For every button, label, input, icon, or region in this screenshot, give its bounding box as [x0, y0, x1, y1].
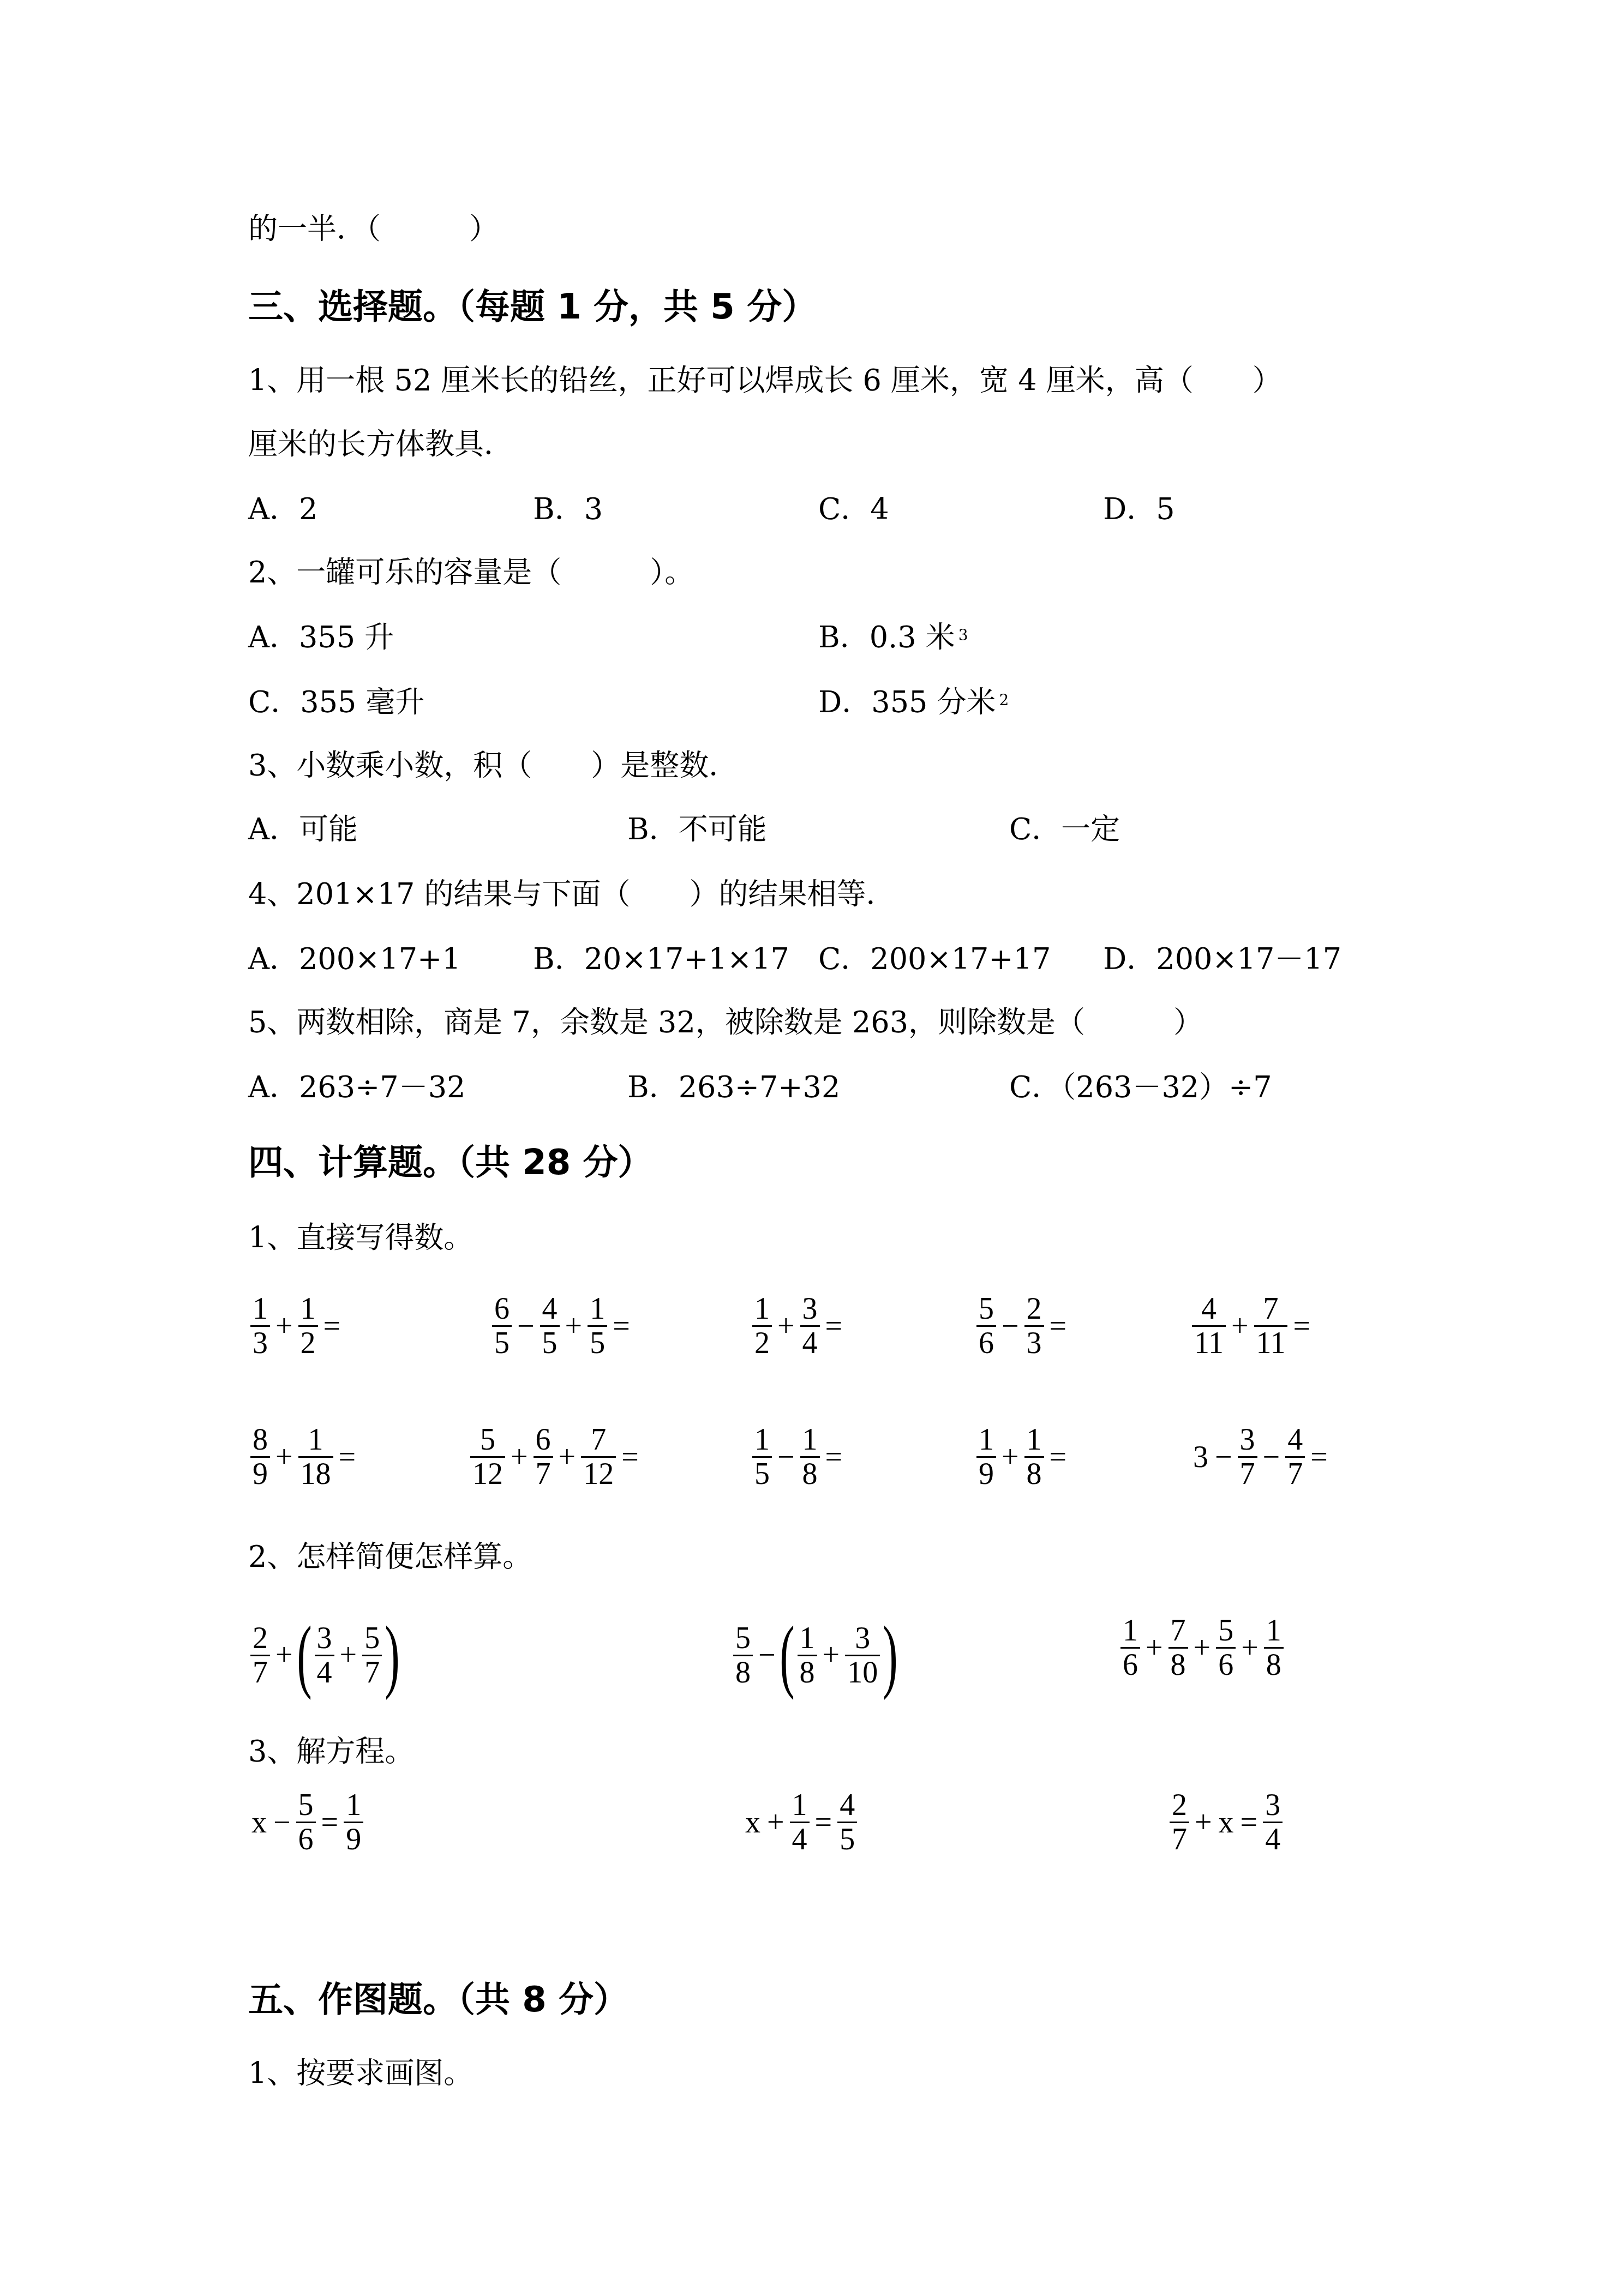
operator: −	[517, 1310, 535, 1343]
fraction: 411	[1192, 1293, 1226, 1360]
operator: =	[321, 1806, 339, 1839]
numerator: 5	[733, 1622, 753, 1655]
q2-option-d: D．355 分米2	[818, 683, 1009, 722]
section-3-heading: 三、选择题。（每题 1 分，共 5 分）	[248, 285, 817, 329]
fraction: 15	[752, 1423, 772, 1490]
denominator: 4	[790, 1823, 810, 1856]
mental-math-expression: 89+118=	[248, 1423, 359, 1490]
q1-option-c: C．4	[818, 490, 889, 528]
denominator: 7	[1238, 1458, 1257, 1490]
numerator: 1	[798, 1622, 817, 1655]
fraction: 78	[1168, 1614, 1188, 1681]
denominator: 2	[298, 1327, 318, 1360]
denominator: 8	[800, 1458, 820, 1490]
fraction: 34	[315, 1622, 334, 1689]
mental-math-expression: 19+18=	[974, 1423, 1070, 1490]
numerator: 3	[1263, 1789, 1283, 1822]
operator: =	[339, 1441, 356, 1474]
simplify-expression: 16+78+56+18	[1118, 1614, 1286, 1681]
q3-option-b: B．不可能	[627, 810, 767, 849]
denominator: 9	[250, 1458, 270, 1490]
fraction: 27	[250, 1622, 270, 1689]
operator: +	[823, 1639, 840, 1672]
right-paren: )	[385, 1614, 399, 1696]
numerator: 4	[540, 1293, 560, 1325]
q4-option-c: C．200×17+17	[818, 940, 1051, 978]
numerator: 2	[1170, 1789, 1189, 1822]
part-3-title: 3、解方程。	[248, 1733, 414, 1771]
question-2-line1: 2、一罐可乐的容量是（ ）。	[248, 554, 694, 592]
numerator: 1	[976, 1423, 996, 1456]
mental-math-expression: 15−18=	[750, 1423, 846, 1490]
denominator: 5	[492, 1327, 512, 1360]
operator: +	[767, 1806, 784, 1839]
denominator: 11	[1192, 1327, 1226, 1360]
section-5-heading: 五、作图题。（共 8 分）	[248, 1978, 628, 2022]
fraction: 512	[470, 1423, 505, 1490]
equation: x+14=45	[742, 1789, 859, 1856]
q2-option-d-text: D．355 分米	[818, 685, 996, 719]
fraction: 18	[1024, 1423, 1044, 1490]
denominator: 12	[581, 1458, 616, 1490]
operator: =	[1241, 1806, 1258, 1839]
denominator: 12	[470, 1458, 505, 1490]
operator: −	[758, 1639, 776, 1672]
numerator: 4	[1199, 1293, 1219, 1325]
part-1-title: 1、直接写得数。	[248, 1219, 473, 1257]
numerator: 1	[588, 1293, 607, 1325]
fraction: 89	[250, 1423, 270, 1490]
fraction: 65	[492, 1293, 512, 1360]
q2-option-a-text: A．355 升	[248, 620, 394, 654]
q3-option-c: C．一定	[1009, 810, 1120, 849]
denominator: 7	[534, 1458, 553, 1490]
numerator: 1	[1024, 1423, 1044, 1456]
fraction: 18	[800, 1423, 820, 1490]
mental-math-expression: 65−45+15=	[490, 1293, 633, 1360]
fraction: 47	[1285, 1423, 1305, 1490]
fraction: 57	[362, 1622, 382, 1689]
left-paren: (	[780, 1614, 794, 1696]
q5-option-b: B．263÷7+32	[627, 1068, 840, 1107]
operator: +	[275, 1310, 293, 1343]
operator: +	[275, 1441, 293, 1474]
q4-option-b: B．20×17+1×17	[533, 940, 789, 978]
question-5-line1: 5、两数相除，商是 7，余数是 32，被除数是 263，则除数是（ ）	[248, 1003, 1203, 1042]
numerator: 1	[1120, 1614, 1140, 1647]
fraction: 56	[1216, 1614, 1236, 1681]
denominator: 5	[752, 1458, 772, 1490]
q4-option-d: D．200×17－17	[1103, 940, 1341, 978]
numerator: 1	[752, 1293, 772, 1325]
left-paren: (	[297, 1614, 311, 1696]
fraction: 37	[1238, 1423, 1257, 1490]
question-3-line1: 3、小数乘小数，积（ ）是整数．	[248, 747, 738, 785]
fraction: 310	[845, 1622, 880, 1689]
operator: +	[1194, 1632, 1211, 1664]
fraction: 14	[790, 1789, 810, 1856]
operator: =	[1050, 1310, 1067, 1343]
fraction: 34	[1263, 1789, 1283, 1856]
q5-option-c: C．（263－32）÷7	[1009, 1068, 1272, 1107]
simplify-expression: 58−(18+310)	[731, 1614, 898, 1696]
denominator: 9	[344, 1823, 363, 1856]
denominator: 4	[1263, 1823, 1283, 1856]
question-1-line2: 厘米的长方体教具．	[248, 425, 513, 464]
operator: x	[251, 1806, 267, 1839]
operator: −	[1215, 1441, 1232, 1474]
numerator: 1	[344, 1789, 363, 1822]
simplify-expression: 27+(34+57)	[248, 1614, 400, 1696]
fraction: 712	[581, 1423, 616, 1490]
numerator: 4	[1285, 1423, 1305, 1456]
operator: −	[777, 1441, 795, 1474]
numerator: 5	[296, 1789, 316, 1822]
denominator: 5	[588, 1327, 607, 1360]
denominator: 6	[296, 1823, 316, 1856]
operator: =	[613, 1310, 630, 1343]
denominator: 3	[250, 1327, 270, 1360]
part-2-title: 2、怎样简便怎样算。	[248, 1538, 532, 1576]
denominator: 11	[1254, 1327, 1288, 1360]
numerator: 8	[250, 1423, 270, 1456]
denominator: 9	[976, 1458, 996, 1490]
operator: +	[1231, 1310, 1249, 1343]
numerator: 6	[534, 1423, 553, 1456]
q2-option-b-text: B．0.3 米	[818, 620, 955, 654]
operator: +	[559, 1441, 576, 1474]
operator: +	[1146, 1632, 1163, 1664]
numerator: 1	[250, 1293, 270, 1325]
fraction: 23	[1024, 1293, 1044, 1360]
q2-option-d-exponent: 2	[999, 691, 1009, 709]
q1-option-d: D．5	[1103, 490, 1175, 528]
operator: =	[1050, 1441, 1067, 1474]
section-4-heading: 四、计算题。（共 28 分）	[248, 1141, 653, 1185]
mental-math-expression: 13+12=	[248, 1293, 344, 1360]
question-1-line1: 1、用一根 52 厘米长的铅丝，正好可以焊成长 6 厘米，宽 4 厘米，高（ ）	[248, 362, 1282, 400]
denominator: 7	[362, 1656, 382, 1689]
numerator: 1	[790, 1789, 810, 1822]
numerator: 2	[250, 1622, 270, 1655]
fraction: 34	[800, 1293, 820, 1360]
denominator: 6	[976, 1327, 996, 1360]
operator: x	[1219, 1806, 1234, 1839]
q1-option-a: A．2	[248, 490, 317, 528]
operator: +	[777, 1310, 795, 1343]
operator: +	[275, 1639, 293, 1672]
operator: =	[815, 1806, 832, 1839]
operator: =	[1310, 1441, 1328, 1474]
operator: =	[825, 1441, 843, 1474]
numerator: 3	[853, 1622, 872, 1655]
mental-math-expression: 12+34=	[750, 1293, 846, 1360]
denominator: 6	[1120, 1649, 1140, 1681]
denominator: 7	[1170, 1823, 1189, 1856]
equation: x−56=19	[248, 1789, 365, 1856]
mental-math-expression: 512+67+712=	[468, 1423, 642, 1490]
numerator: 1	[800, 1423, 820, 1456]
fraction: 67	[534, 1423, 553, 1490]
operator: +	[511, 1441, 528, 1474]
numerator: 3	[315, 1622, 334, 1655]
fraction: 45	[837, 1789, 857, 1856]
numerator: 7	[1261, 1293, 1280, 1325]
q2-option-b: B．0.3 米3	[818, 618, 968, 657]
denominator: 6	[1216, 1649, 1236, 1681]
denominator: 2	[752, 1327, 772, 1360]
q1-option-b: B．3	[533, 490, 603, 528]
denominator: 5	[837, 1823, 857, 1856]
numerator: 5	[1216, 1614, 1236, 1647]
denominator: 4	[800, 1327, 820, 1360]
operator: −	[1263, 1441, 1280, 1474]
q2-option-c-text: C．355 毫升	[248, 685, 425, 719]
fraction: 45	[540, 1293, 560, 1360]
operator: =	[825, 1310, 843, 1343]
denominator: 7	[250, 1656, 270, 1689]
operator: +	[565, 1310, 583, 1343]
operator: =	[1293, 1310, 1310, 1343]
denominator: 8	[733, 1656, 753, 1689]
fraction: 56	[976, 1293, 996, 1360]
mental-math-expression: 3−37−47=	[1190, 1423, 1331, 1490]
right-paren: )	[883, 1614, 897, 1696]
section-5-question-1: 1、按要求画图。	[248, 2054, 473, 2093]
operator: =	[621, 1441, 639, 1474]
fraction: 15	[588, 1293, 607, 1360]
denominator: 3	[1024, 1327, 1044, 1360]
numerator: 7	[589, 1423, 608, 1456]
denominator: 8	[798, 1656, 817, 1689]
operator: =	[323, 1310, 341, 1343]
numerator: 7	[1168, 1614, 1188, 1647]
fraction: 58	[733, 1622, 753, 1689]
operator: +	[340, 1639, 357, 1672]
operator: +	[1241, 1632, 1259, 1664]
equation: 27+x=34	[1167, 1789, 1285, 1856]
denominator: 8	[1168, 1649, 1188, 1681]
numerator: 4	[837, 1789, 857, 1822]
fraction: 118	[298, 1423, 333, 1490]
numerator: 1	[1264, 1614, 1284, 1647]
operator: −	[273, 1806, 291, 1839]
denominator: 8	[1024, 1458, 1044, 1490]
denominator: 10	[845, 1656, 880, 1689]
operator: −	[1002, 1310, 1019, 1343]
q3-option-a: A．可能	[248, 810, 358, 849]
denominator: 7	[1285, 1458, 1305, 1490]
numerator: 2	[1024, 1293, 1044, 1325]
operator: x	[745, 1806, 760, 1839]
q2-option-b-exponent: 3	[958, 626, 968, 644]
operator: +	[1002, 1441, 1019, 1474]
fraction: 16	[1120, 1614, 1140, 1681]
q2-option-c: C．355 毫升	[248, 683, 425, 722]
numerator: 3	[1238, 1423, 1257, 1456]
mental-math-expression: 411+711=	[1190, 1293, 1314, 1360]
fraction: 711	[1254, 1293, 1288, 1360]
fraction: 27	[1170, 1789, 1189, 1856]
fraction: 18	[1264, 1614, 1284, 1681]
operator: 3	[1193, 1441, 1208, 1474]
denominator: 4	[315, 1656, 334, 1689]
denominator: 5	[540, 1327, 560, 1360]
numerator: 5	[362, 1622, 382, 1655]
numerator: 5	[478, 1423, 498, 1456]
mental-math-expression: 56−23=	[974, 1293, 1070, 1360]
numerator: 5	[976, 1293, 996, 1325]
continuation-line: 的一半．（ ）	[248, 210, 499, 248]
question-4-line1: 4、201×17 的结果与下面（ ）的结果相等．	[248, 875, 896, 913]
numerator: 1	[298, 1293, 318, 1325]
fraction: 12	[752, 1293, 772, 1360]
q2-option-a: A．355 升	[248, 618, 394, 657]
numerator: 1	[306, 1423, 326, 1456]
operator: +	[1195, 1806, 1212, 1839]
numerator: 1	[752, 1423, 772, 1456]
fraction: 56	[296, 1789, 316, 1856]
fraction: 19	[976, 1423, 996, 1490]
numerator: 6	[492, 1293, 512, 1325]
fraction: 18	[798, 1622, 817, 1689]
numerator: 3	[800, 1293, 820, 1325]
denominator: 18	[298, 1458, 333, 1490]
fraction: 19	[344, 1789, 363, 1856]
fraction: 12	[298, 1293, 318, 1360]
q4-option-a: A．200×17+1	[248, 940, 461, 978]
fraction: 13	[250, 1293, 270, 1360]
q5-option-a: A．263÷7－32	[248, 1068, 465, 1107]
denominator: 8	[1264, 1649, 1284, 1681]
